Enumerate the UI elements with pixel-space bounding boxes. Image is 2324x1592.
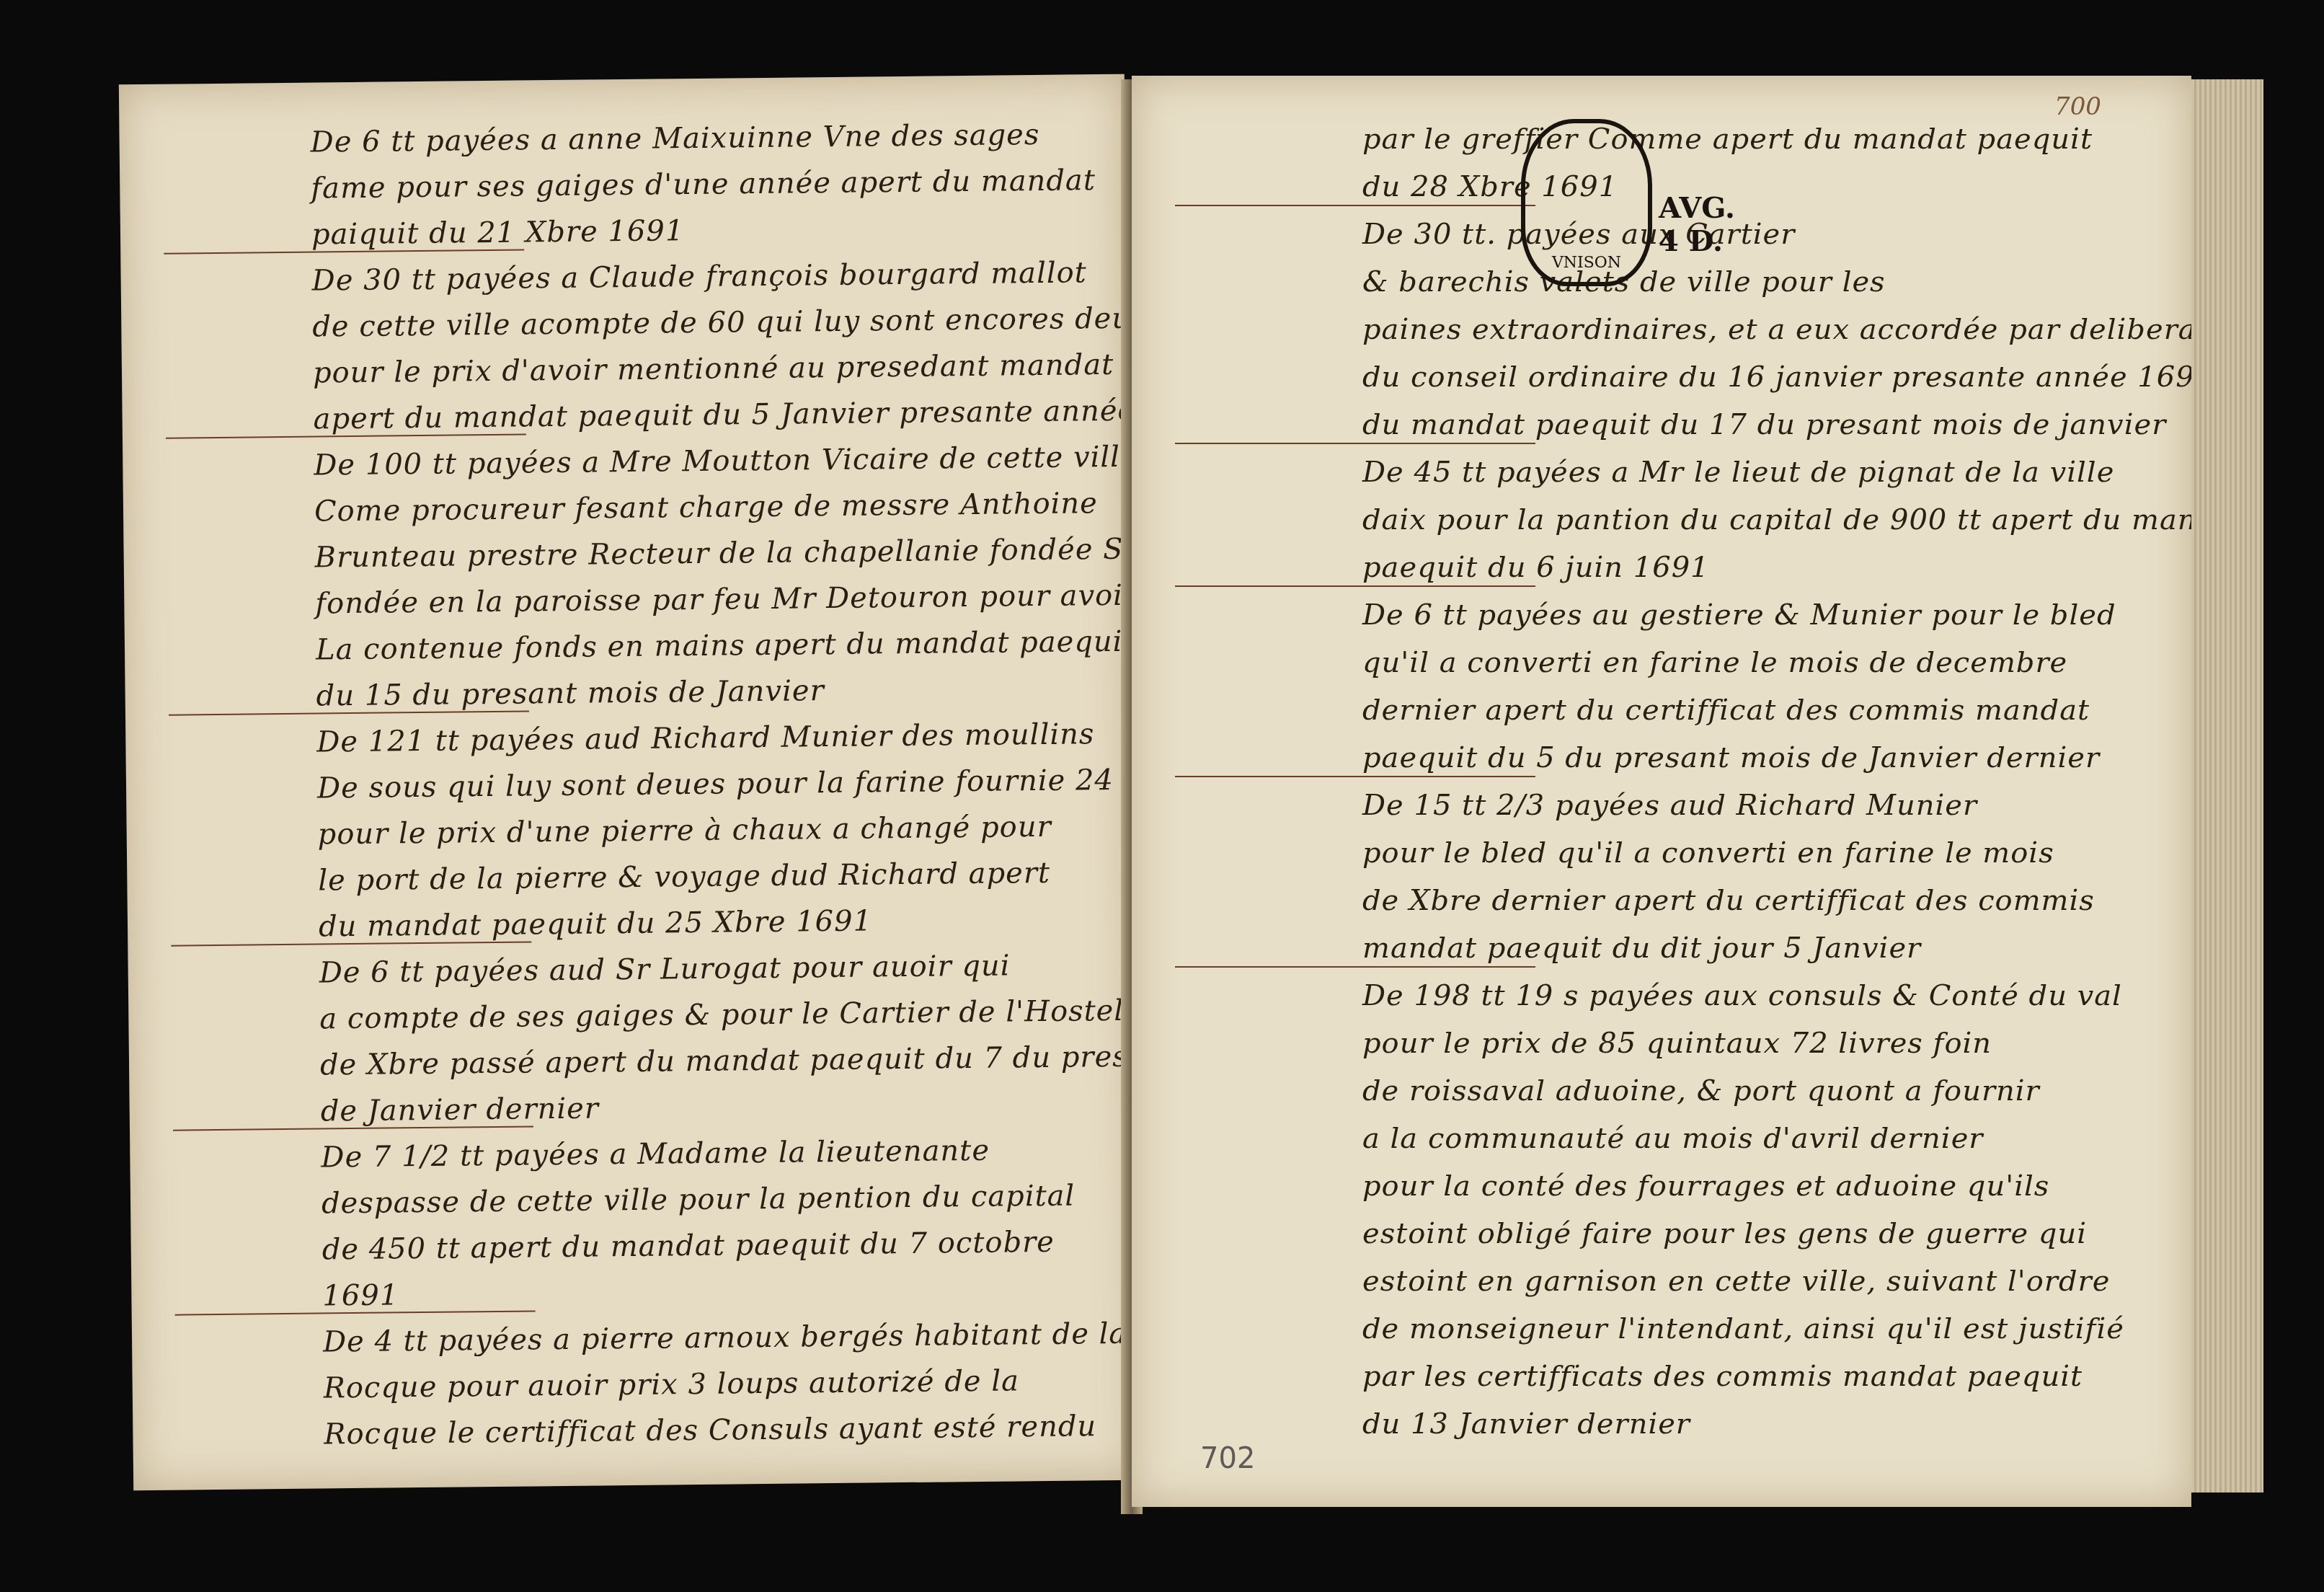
manuscript-line: estoint obligé faire pour les gens de gu… — [1362, 1217, 2087, 1250]
manuscript-line: fame pour ses gaiges d'une année apert d… — [311, 164, 1096, 205]
manuscript-line: du mandat paequit du 25 Xbre 1691 — [319, 904, 872, 943]
manuscript-line: du conseil ordinaire du 16 janvier presa… — [1362, 361, 2214, 394]
manuscript-line: du 13 Janvier dernier — [1362, 1407, 1690, 1441]
manuscript-line: fondée en la paroisse par feu Mr Detouro… — [315, 579, 1137, 621]
manuscript-line: paequit du 6 juin 1691 — [1362, 551, 1710, 584]
manuscript-line: daix pour la pantion du capital de 900 t… — [1362, 503, 2246, 536]
manuscript-line: de Xbre passé apert du mandat paequit du… — [320, 1039, 1259, 1082]
manuscript-line: pour le prix de 85 quintaux 72 livres fo… — [1362, 1027, 1992, 1060]
manuscript-line: a compte de ses gaiges & pour le Cartier… — [319, 993, 1246, 1035]
manuscript-line: qu'il a converti en farine le mois de de… — [1362, 646, 2067, 679]
manuscript-line: de 450 tt apert du mandat paequit du 7 o… — [322, 1226, 1055, 1267]
manuscript-line: La contenue fonds en mains apert du mand… — [316, 625, 1135, 667]
manuscript-line: a la communauté au mois d'avril dernier — [1362, 1122, 1983, 1155]
manuscript-line: Brunteau prestre Recteur de la chapellan… — [314, 531, 1212, 574]
stamp-label: VNISON — [1525, 254, 1648, 272]
manuscript-line: paequit du 5 du presant mois de Janvier … — [1362, 741, 2100, 774]
manuscript-line: De sous qui luy sont deues pour la farin… — [317, 763, 1148, 805]
manuscript-line: du mandat paequit du 17 du presant mois … — [1362, 408, 2166, 441]
manuscript-line: de Xbre dernier apert du certifficat des… — [1362, 884, 2095, 917]
manuscript-line: De 6 tt payées a anne Maixuinne Vne des … — [310, 118, 1039, 159]
manuscript-line: De 121 tt payées aud Richard Munier des … — [316, 717, 1094, 759]
manuscript-line: du 15 du presant mois de Janvier — [316, 674, 824, 712]
manuscript-line: paiquit du 21 Xbre 1691 — [311, 214, 685, 251]
manuscript-line: De 30 tt payées a Claude françois bourga… — [311, 256, 1087, 297]
entry-divider — [1175, 966, 1535, 968]
manuscript-line: pour le prix d'avoir mentionné au presed… — [313, 348, 1114, 390]
stamp-tax: AVG. 4 D. — [1659, 192, 1735, 258]
manuscript-line: de cette ville acompte de 60 qui luy son… — [312, 301, 1176, 344]
manuscript-line: le port de la pierre & voyage dud Richar… — [318, 857, 1050, 898]
tax-stamp: VNISON AVG. 4 D. — [1521, 119, 1652, 286]
manuscript-line: De 6 tt payées au gestiere & Munier pour… — [1362, 598, 2116, 632]
manuscript-line: Rocque pour auoir prix 3 loups autorizé … — [324, 1364, 1020, 1405]
entry-divider — [1175, 585, 1535, 587]
manuscript-line: De 198 tt 19 s payées aux consuls & Cont… — [1362, 979, 2122, 1012]
entry-divider — [1175, 443, 1535, 444]
manuscript-line: paines extraordinaires, et a eux accordé… — [1362, 313, 2256, 346]
manuscript-line: Rocque le certifficat des Consuls ayant … — [324, 1410, 1096, 1451]
manuscript-line: pour la conté des fourrages et aduoine q… — [1362, 1169, 2049, 1203]
manuscript-line: de roissaval aduoine, & port quont a fou… — [1362, 1074, 2040, 1107]
pencil-page-number: 702 — [1200, 1442, 1255, 1475]
manuscript-line: de monseigneur l'intendant, ainsi qu'il … — [1362, 1312, 2124, 1345]
manuscript-line: apert du mandat paequit du 5 Janvier pre… — [313, 394, 1135, 436]
manuscript-line: mandat paequit du dit jour 5 Janvier — [1362, 932, 1921, 965]
manuscript-line: de Janvier dernier — [321, 1092, 600, 1128]
entry-divider — [1175, 205, 1535, 206]
folio-number: 700 — [2054, 92, 2101, 121]
manuscript-line: De 15 tt 2/3 payées aud Richard Munier — [1362, 789, 1977, 822]
manuscript-line: dernier apert du certifficat des commis … — [1362, 694, 2090, 727]
manuscript-line: De 6 tt payées aud Sr Lurogat pour auoir… — [319, 949, 1011, 989]
manuscript-line: pour le bled qu'il a converti en farine … — [1362, 836, 2054, 870]
right-page: par le greffier Comme apert du mandat pa… — [1132, 76, 2191, 1507]
page-edges — [2191, 79, 2263, 1492]
manuscript-line: De 4 tt payées a pierre arnoux bergés ha… — [323, 1317, 1127, 1359]
manuscript-line: pour le prix d'une pierre à chaux a chan… — [317, 810, 1051, 852]
manuscript-line: par le greffier Comme apert du mandat pa… — [1362, 123, 2093, 156]
manuscript-line: 1691 — [322, 1278, 399, 1312]
manuscript-line: par les certifficats des commis mandat p… — [1362, 1360, 2083, 1393]
manuscript-line: despasse de cette ville pour la pention … — [321, 1180, 1075, 1221]
manuscript-line: De 45 tt payées a Mr le lieut de pignat … — [1362, 456, 2114, 489]
entry-divider — [1175, 776, 1535, 777]
left-page: De 6 tt payées a anne Maixuinne Vne des … — [119, 74, 1139, 1491]
manuscript-line: De 7 1/2 tt payées a Madame la lieutenan… — [321, 1134, 990, 1175]
manuscript-line: Come procureur fesant charge de messre A… — [314, 487, 1098, 528]
manuscript-line: estoint en garnison en cette ville, suiv… — [1362, 1265, 2110, 1298]
manuscript-line: De 100 tt payées a Mre Moutton Vicaire d… — [314, 441, 1138, 482]
